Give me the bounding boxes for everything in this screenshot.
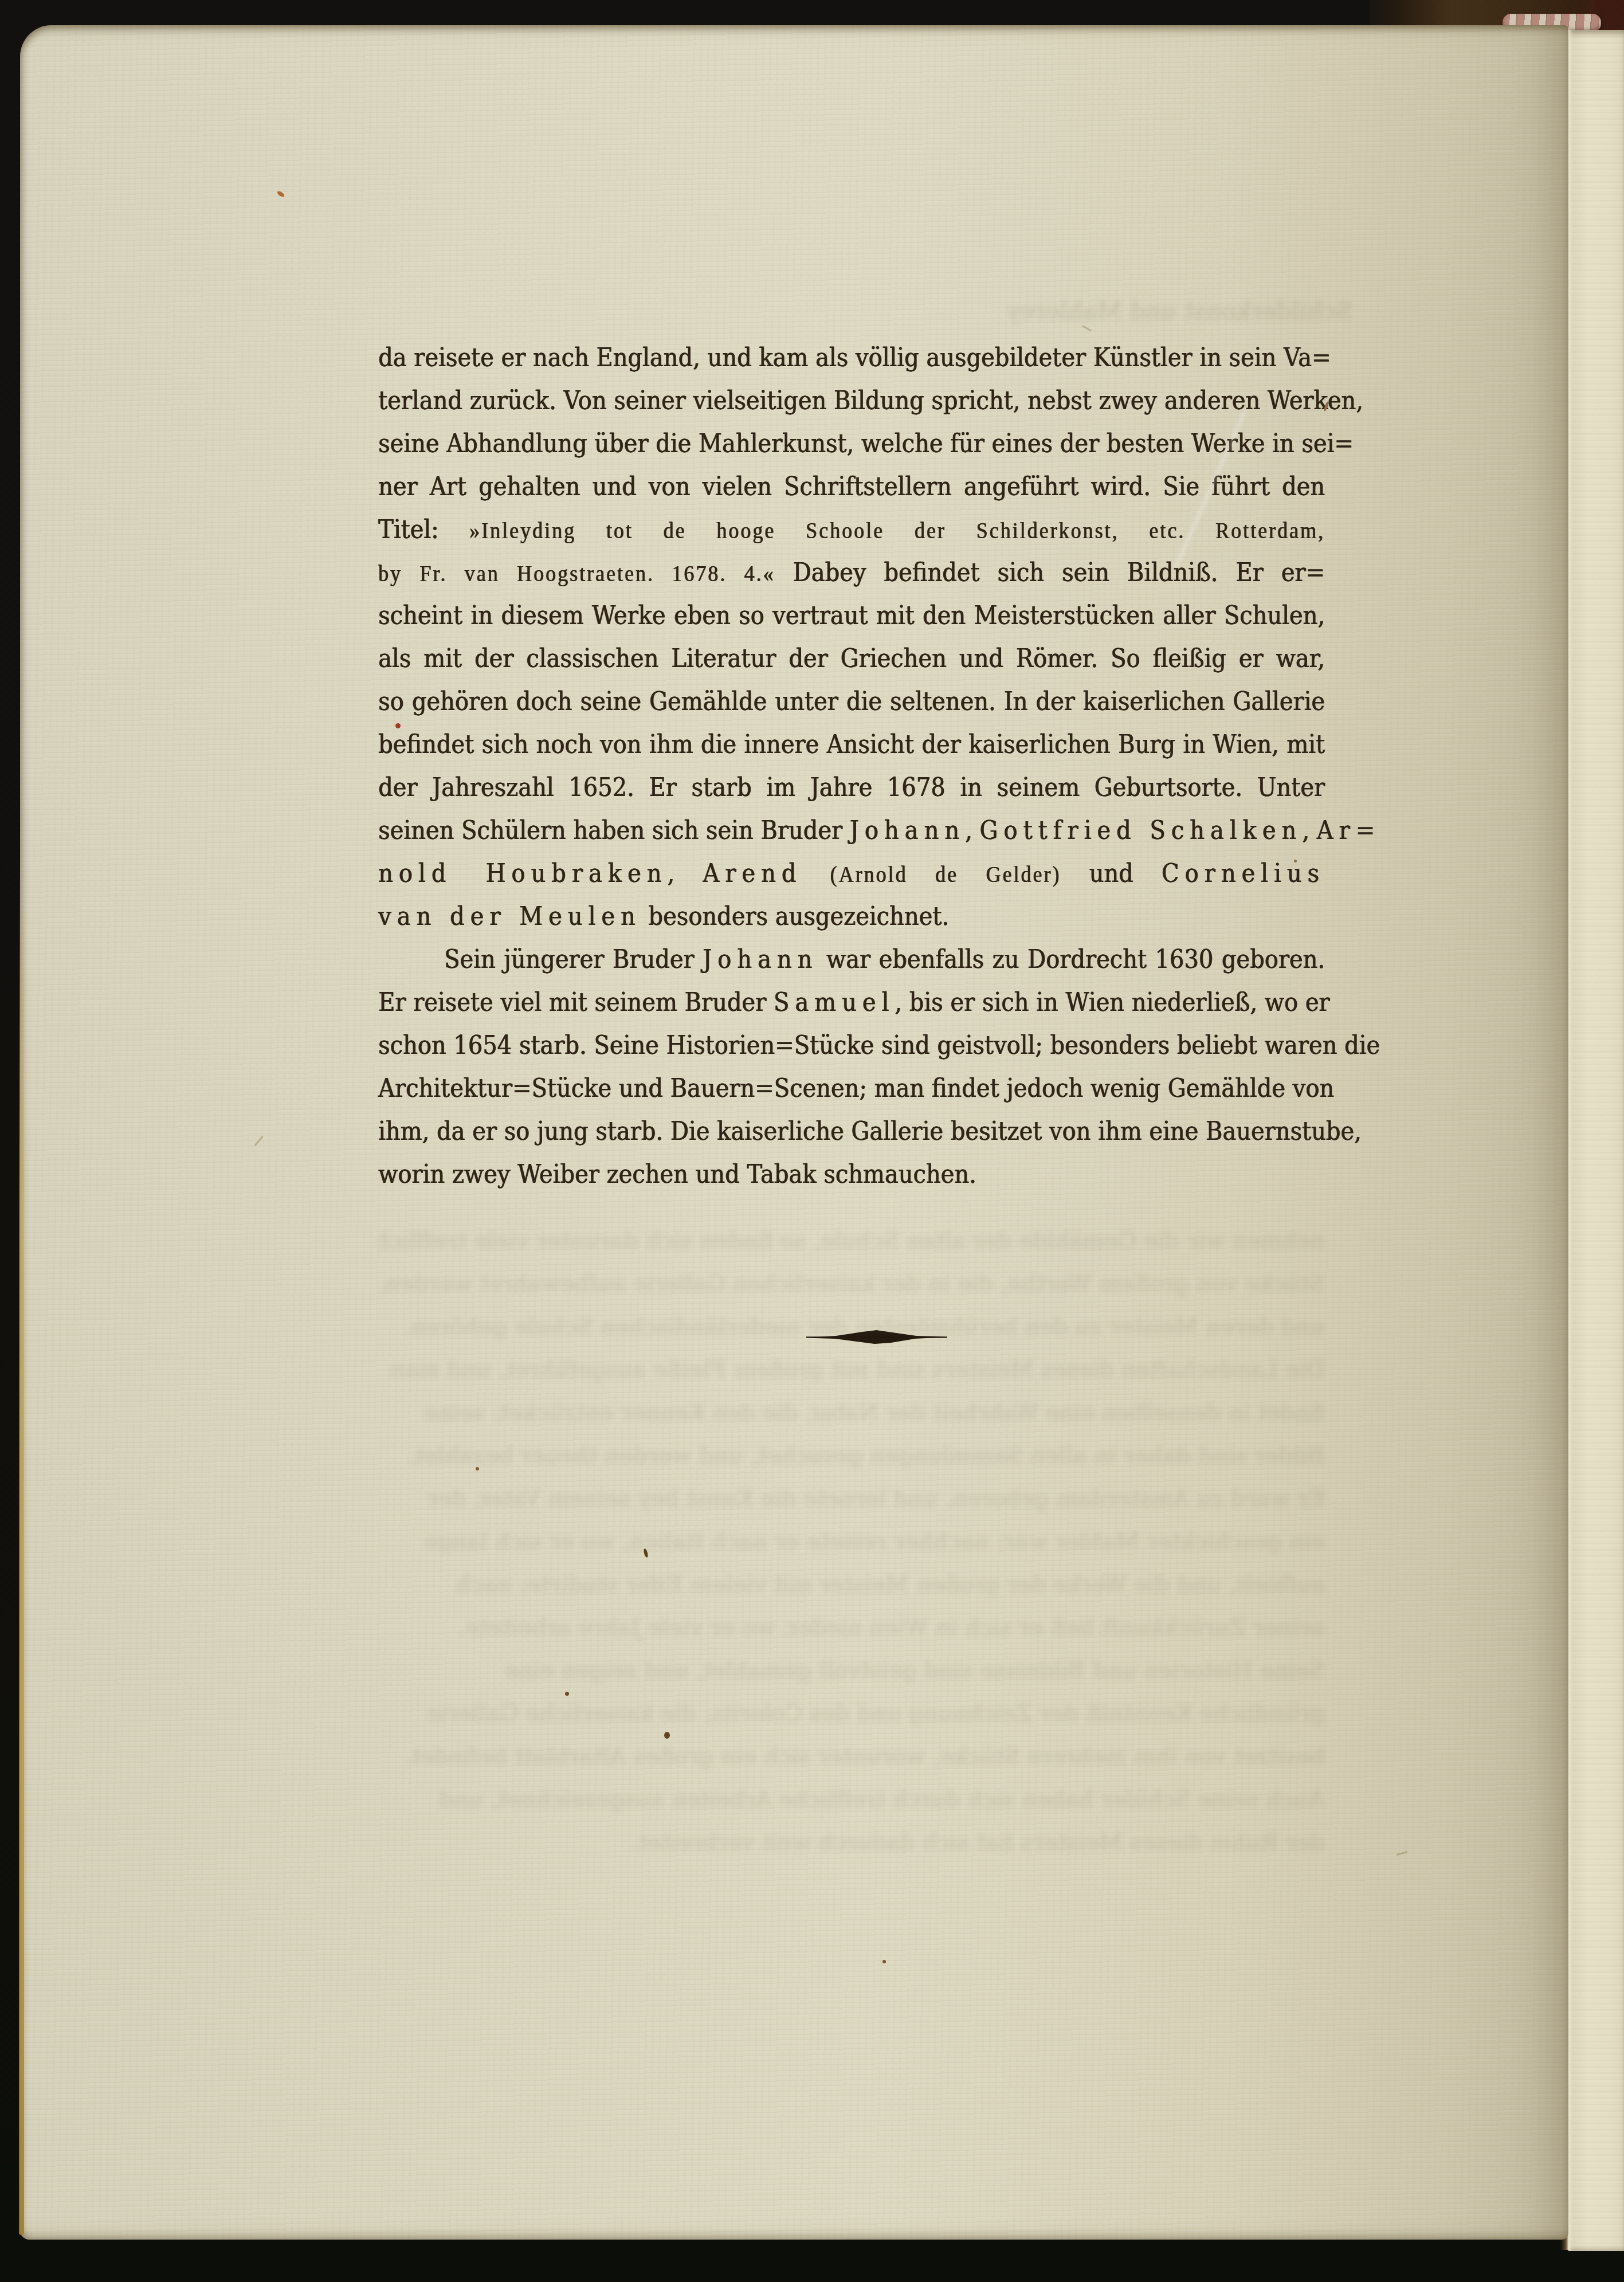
show-through-line: gründliche Kenntniß der Zeichnung und de…: [378, 1692, 1325, 1735]
text-line: so gehören doch seine Gemählde unter die…: [378, 679, 1325, 726]
paper-speck: [276, 190, 285, 198]
book-page: Schilderkonst und Mahlerey da reisete er…: [20, 25, 1568, 2240]
text-line: schon 1654 starb. Seine Historien=Stücke…: [378, 1022, 1325, 1070]
gilt-page-edge: [19, 860, 24, 2235]
text-line: van der Meulen besonders ausgezeichnet.: [378, 893, 1325, 941]
text-line: der Jahreszahl 1652. Er starb im Jahre 1…: [378, 764, 1325, 812]
text-segment: Dabey befindet sich sein Bildniß. Er er=: [775, 559, 1325, 588]
text-line: ihm, da er so jung starb. Die kaiserlich…: [378, 1108, 1325, 1156]
text-segment: [802, 860, 830, 889]
text-line: befindet sich noch von ihm die innere An…: [378, 722, 1325, 769]
text-line: Sein jüngerer Bruder Johann war ebenfall…: [378, 936, 1325, 984]
text-segment: ihm, da er so jung starb. Die kaiserlich…: [378, 1118, 1362, 1147]
show-through-line: seiner Zurückkunft ließ er sich in Wien …: [378, 1606, 1325, 1649]
text-line: da reisete er nach England, und kam als …: [378, 335, 1325, 382]
paper-speck: [664, 1732, 670, 1739]
text-segment: ,: [965, 817, 979, 846]
text-segment: Sein jüngerer Bruder: [444, 946, 703, 975]
text-segment: by Fr. van Hoogstraeten. 1678. 4.«: [378, 561, 775, 586]
show-through-line: und deren Meister zu den berühmtesten de…: [378, 1305, 1325, 1348]
text-line: nold Houbraken, Arend (Arnold de Gelder)…: [378, 850, 1325, 898]
text-segment: besonders ausgezeichnet.: [641, 903, 949, 932]
paper-speck: [1294, 860, 1297, 862]
text-segment: , bis er sich in Wien niederließ, wo er: [895, 989, 1329, 1018]
text-segment: ,: [667, 860, 703, 889]
text-segment: Samuel: [774, 989, 895, 1018]
show-through-line: der Ruhm dieses Meisters hat sich dadurc…: [378, 1821, 1325, 1864]
text-line: terland zurück. Von seiner vielseitigen …: [378, 378, 1325, 425]
paper-speck: [395, 723, 401, 728]
text-segment: so gehören doch seine Gemählde unter die…: [378, 688, 1325, 717]
text-line: Architektur=Stücke und Bauern=Scenen; ma…: [378, 1065, 1325, 1113]
paper-speck: [565, 1692, 569, 1696]
text-block: da reisete er nach England, und kam als …: [378, 337, 1325, 1197]
text-segment: und: [1061, 860, 1162, 889]
text-segment: befindet sich noch von ihm die innere An…: [378, 731, 1325, 760]
text-segment: van der Meulen: [378, 903, 641, 932]
text-segment: Gottfried Schalken: [979, 817, 1302, 846]
show-through-line: Seine Historien und Bildnisse sind geist…: [378, 1649, 1325, 1692]
show-through-line: Stücke von großem Werthe, die in der kai…: [378, 1262, 1325, 1305]
text-segment: war ebenfalls zu Dordrecht 1630 geboren.: [818, 946, 1325, 975]
show-through-line: nehmen wir die Gemählde der alten Schule…: [378, 1220, 1325, 1262]
show-through-line: Auch seine Schüler haben sich durch tref…: [378, 1778, 1325, 1821]
text-segment: terland zurück. Von seiner vielseitigen …: [378, 387, 1363, 416]
text-segment: Architektur=Stücke und Bauern=Scenen; ma…: [378, 1075, 1334, 1104]
show-through-line: findet in denselben eine Wahrheit der Na…: [378, 1391, 1325, 1434]
text-segment: Titel:: [378, 516, 469, 545]
show-through-block: nehmen wir die Gemählde der alten Schule…: [378, 1220, 1325, 1864]
text-segment: (Arnold de Gelder): [830, 862, 1061, 887]
text-segment: als mit der classischen Literatur der Gr…: [378, 645, 1325, 674]
text-segment: scheint in diesem Werke eben so vertraut…: [378, 602, 1325, 631]
text-segment: Ar=: [1317, 817, 1381, 846]
text-line: seinen Schülern haben sich sein Bruder J…: [378, 807, 1325, 855]
text-segment: schon 1654 starb. Seine Historien=Stücke…: [378, 1032, 1380, 1061]
text-line: ner Art gehalten und von vielen Schrifts…: [378, 464, 1325, 511]
next-pages-fore-edge: [1568, 30, 1624, 2251]
paper-fiber: [1396, 1851, 1407, 1856]
text-line: als mit der classischen Literatur der Gr…: [378, 636, 1325, 683]
paper-speck: [882, 1960, 886, 1963]
text-line: scheint in diesem Werke eben so vertraut…: [378, 593, 1325, 640]
paper-fiber: [254, 1136, 263, 1147]
text-segment: Arend: [703, 860, 802, 889]
show-through-line: aufhielt, und die Werke der großen Meist…: [378, 1563, 1325, 1606]
text-segment: worin zwey Weiber zechen und Tabak schma…: [378, 1160, 976, 1190]
text-line: Er reisete viel mit seinem Bruder Samuel…: [378, 979, 1325, 1027]
text-segment: Johann: [850, 817, 965, 846]
show-through-line: ein geschickter Mahler war; nachher reis…: [378, 1520, 1325, 1563]
text-segment: da reisete er nach England, und kam als …: [378, 344, 1331, 373]
show-through-line: Bilder sind daher in allen Sammlungen ge…: [378, 1434, 1325, 1477]
text-segment: Er reisete viel mit seinem Bruder: [378, 989, 774, 1018]
scanned-book-page-photo: { "document": { "language": "German (Fra…: [0, 0, 1624, 2282]
text-segment: ner Art gehalten und von vielen Schrifts…: [378, 473, 1325, 502]
text-line: by Fr. van Hoogstraeten. 1678. 4.« Dabey…: [378, 550, 1325, 597]
text-segment: nold Houbraken: [378, 860, 667, 889]
text-segment: Cornelius: [1162, 860, 1325, 889]
text-segment: seine Abhandlung über die Mahlerkunst, w…: [378, 430, 1354, 459]
text-segment: seinen Schülern haben sich sein Bruder: [378, 817, 850, 846]
text-line: worin zwey Weiber zechen und Tabak schma…: [378, 1151, 1325, 1199]
text-segment: der Jahreszahl 1652. Er starb im Jahre 1…: [378, 774, 1325, 803]
text-segment: Johann: [703, 946, 818, 975]
show-through-line: Er ward zu Amsterdam geboren, und lernet…: [378, 1477, 1325, 1520]
text-line: seine Abhandlung über die Mahlerkunst, w…: [378, 421, 1325, 468]
show-through-line: Die Landschaften dieses Meisters sind mi…: [378, 1348, 1325, 1391]
paper-speck: [476, 1467, 479, 1471]
show-through-line: besitzet von ihm mehrere Stücke, worunte…: [378, 1735, 1325, 1778]
show-through-text-top: Schilderkonst und Mahlerey: [756, 289, 1352, 332]
text-segment: ,: [1302, 817, 1316, 846]
